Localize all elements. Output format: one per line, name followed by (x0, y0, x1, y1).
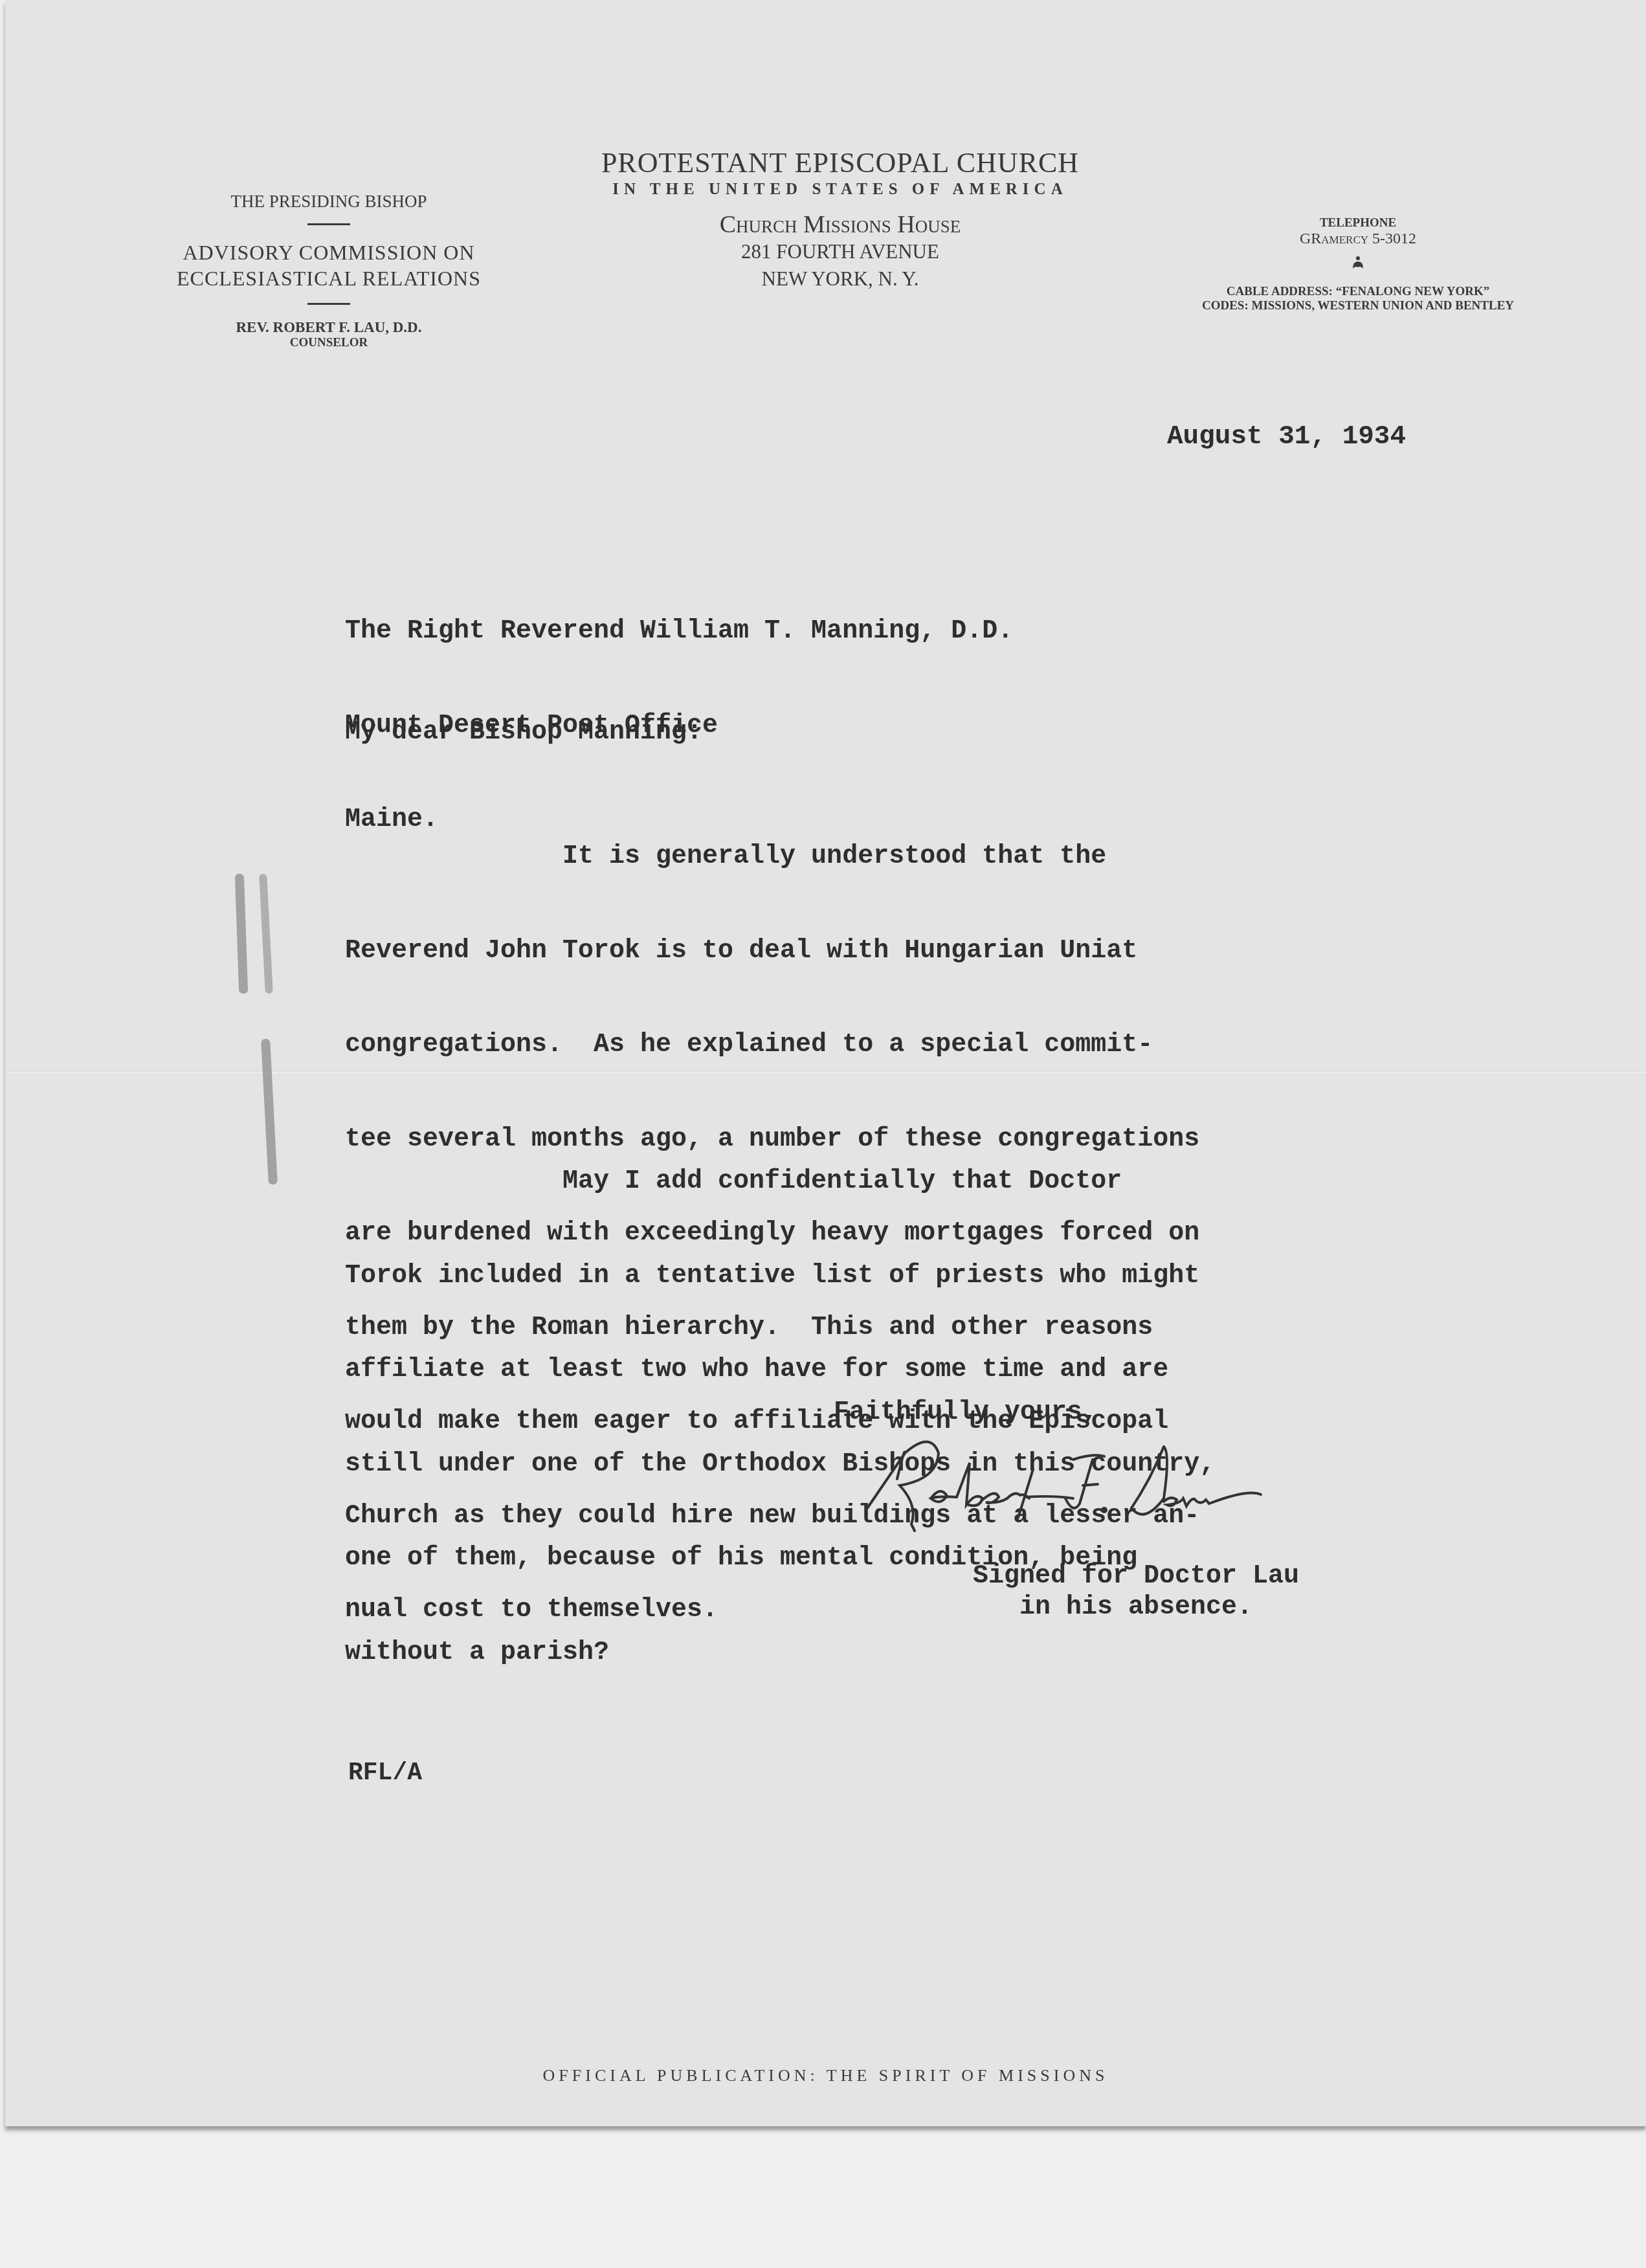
salutation: My dear Bishop Manning: (345, 717, 702, 749)
signed-for-line-1: Signed for Doctor Lau (973, 1561, 1299, 1592)
house-name: Church Missions House (562, 210, 1118, 239)
signed-for-note: Signed for Doctor Lau in his absence. (973, 1561, 1299, 1623)
divider (307, 303, 350, 305)
address-line: The Right Reverend William T. Manning, D… (345, 616, 1013, 648)
text-line: May I add confidentially that Doctor (345, 1166, 1215, 1198)
pencil-mark-icon (259, 874, 273, 994)
reference-initials: RFL/A (348, 1759, 422, 1787)
letterhead-left: THE PRESIDING BISHOP ADVISORY COMMISSION… (154, 192, 504, 350)
counselor-name: REV. ROBERT F. LAU, D.D. (154, 319, 504, 336)
telephone-label: TELEPHONE (1118, 216, 1597, 230)
church-name: PROTESTANT EPISCOPAL CHURCH (562, 146, 1118, 179)
signed-for-line-2: in his absence. (973, 1592, 1299, 1623)
divider (307, 223, 350, 225)
letterhead-center: PROTESTANT EPISCOPAL CHURCH IN THE UNITE… (562, 146, 1118, 291)
ornament-icon (1118, 256, 1597, 276)
pencil-mark-icon (261, 1039, 278, 1184)
text-line: Torok included in a tentative list of pr… (345, 1261, 1215, 1293)
city: NEW YORK, N. Y. (562, 267, 1118, 291)
pencil-mark-icon (235, 874, 248, 994)
cable-address: CABLE ADDRESS: “FENALONG NEW YORK” (1118, 285, 1597, 299)
letter-sheet: THE PRESIDING BISHOP ADVISORY COMMISSION… (5, 0, 1646, 2126)
text-line: Reverend John Torok is to deal with Hung… (345, 936, 1199, 968)
telephone-number: GRamercy 5-3012 (1118, 230, 1597, 248)
signature-icon (860, 1434, 1442, 1550)
codes: CODES: MISSIONS, WESTERN UNION AND BENTL… (1118, 299, 1597, 313)
text-line: It is generally understood that the (345, 841, 1199, 873)
commission-line-2: ECCLESIASTICAL RELATIONS (154, 265, 504, 291)
text-line: congregations. As he explained to a spec… (345, 1030, 1199, 1062)
text-line: without a parish? (345, 1638, 1215, 1669)
commission-line-1: ADVISORY COMMISSION ON (154, 239, 504, 265)
letter-date: August 31, 1934 (1167, 422, 1406, 452)
text-line: affiliate at least two who have for some… (345, 1355, 1215, 1386)
footer-publication: OFFICIAL PUBLICATION: THE SPIRIT OF MISS… (5, 2066, 1646, 2085)
letterhead-right: TELEPHONE GRamercy 5-3012 CABLE ADDRESS:… (1118, 216, 1597, 313)
church-subtitle: IN THE UNITED STATES OF AMERICA (562, 181, 1118, 199)
closing: Faithfully yours, (834, 1398, 1098, 1427)
presiding-bishop-label: THE PRESIDING BISHOP (154, 192, 504, 212)
street-address: 281 FOURTH AVENUE (562, 240, 1118, 263)
counselor-title: COUNSELOR (154, 336, 504, 350)
